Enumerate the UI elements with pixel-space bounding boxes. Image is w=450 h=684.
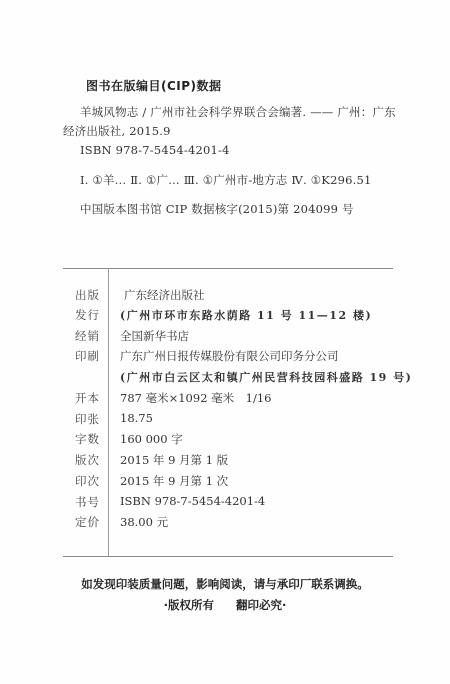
detail-row-word-count: 字数 160 000 字 [0, 431, 450, 449]
copyright-left: ·版权所有 [164, 597, 214, 613]
copyright-notice: ·版权所有翻印必究· [0, 597, 450, 613]
detail-label: 开本 [75, 390, 100, 406]
detail-value: 全国新华书店 [120, 328, 189, 344]
cip-number: 中国版本图书馆 CIP 数据核字(2015)第 204099 号 [80, 201, 354, 217]
detail-row-sheets: 印张 18.75 [0, 411, 450, 429]
detail-label: 出版 [75, 287, 100, 303]
detail-row-price: 定价 38.00 元 [0, 514, 450, 532]
detail-label: 版次 [75, 452, 100, 468]
quality-notice: 如发现印装质量问题，影响阅读，请与承印厂联系调换。 [0, 576, 450, 592]
copyright-page: 图书在版编目(CIP)数据 羊城风物志 / 广州市社会科学界联合会编著. —— … [0, 0, 450, 684]
detail-label: 印张 [75, 411, 100, 427]
detail-label: 书号 [75, 494, 100, 510]
cip-title: 图书在版编目(CIP)数据 [86, 77, 222, 94]
detail-value: 广东经济出版社 [124, 287, 205, 303]
detail-value: 160 000 字 [120, 431, 183, 447]
cip-record-line-2: 经济出版社, 2015.9 [63, 123, 171, 139]
detail-value: 787 毫米×1092 毫米 1/16 [120, 390, 272, 406]
detail-value: (广州市环市东路水荫路 11 号 11—12 楼) [120, 307, 372, 323]
copyright-right: 翻印必究· [236, 597, 286, 613]
detail-value: 18.75 [120, 411, 153, 425]
detail-label: 印次 [75, 473, 100, 489]
detail-row-printer-address: (广州市白云区太和镇广州民营科技园科盛路 19 号) [0, 369, 450, 387]
detail-value: ISBN 978-7-5454-4201-4 [120, 494, 265, 508]
bottom-rule [63, 556, 393, 557]
detail-label: 印刷 [75, 348, 100, 364]
detail-row-isbn: 书号 ISBN 978-7-5454-4201-4 [0, 494, 450, 512]
cip-classification: Ⅰ. ①羊… Ⅱ. ①广… Ⅲ. ①广州市-地方志 Ⅳ. ①K296.51 [80, 172, 372, 188]
detail-value: 2015 年 9 月第 1 版 [120, 452, 228, 468]
detail-row-publisher: 出版 广东经济出版社 [0, 287, 450, 305]
cip-record-line-1: 羊城风物志 / 广州市社会科学界联合会编著. —— 广州：广东 [80, 104, 396, 120]
cip-isbn: ISBN 978-7-5454-4201-4 [80, 143, 230, 157]
detail-row-impression: 印次 2015 年 9 月第 1 次 [0, 473, 450, 491]
detail-value: (广州市白云区太和镇广州民营科技园科盛路 19 号) [120, 369, 412, 385]
detail-row-edition: 版次 2015 年 9 月第 1 版 [0, 452, 450, 470]
detail-row-format: 开本 787 毫米×1092 毫米 1/16 [0, 390, 450, 408]
top-rule [63, 268, 393, 269]
detail-label: 发行 [75, 307, 100, 323]
detail-row-distribution: 发行 (广州市环市东路水荫路 11 号 11—12 楼) [0, 307, 450, 325]
detail-label: 定价 [75, 514, 100, 530]
detail-row-printer: 印刷 广东广州日报传媒股份有限公司印务分公司 [0, 348, 450, 366]
detail-value: 38.00 元 [120, 514, 168, 530]
detail-label: 字数 [75, 431, 100, 447]
detail-value: 广东广州日报传媒股份有限公司印务分公司 [120, 348, 339, 364]
detail-row-distributor: 经销 全国新华书店 [0, 328, 450, 346]
detail-label: 经销 [75, 328, 100, 344]
detail-value: 2015 年 9 月第 1 次 [120, 473, 228, 489]
